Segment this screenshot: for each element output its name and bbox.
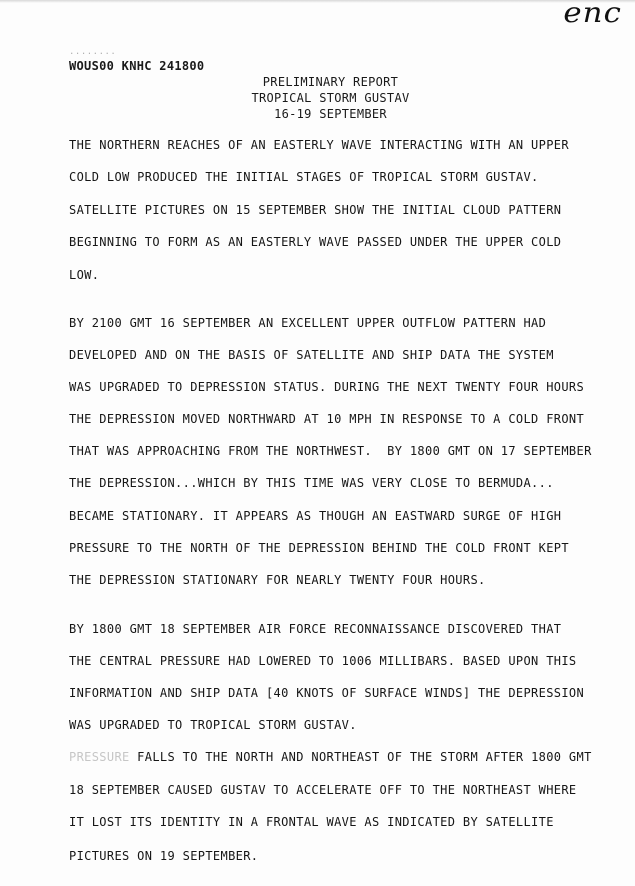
handwritten-initials: enc [563, 0, 622, 29]
text-line: THE DEPRESSION...WHICH BY THIS TIME WAS … [69, 476, 554, 490]
text-line: DEVELOPED AND ON THE BASIS OF SATELLITE … [69, 348, 554, 362]
text-line: THE DEPRESSION MOVED NORTHWARD AT 10 MPH… [69, 412, 584, 426]
text-line: LOW. [69, 268, 99, 282]
text-line: THAT WAS APPROACHING FROM THE NORTHWEST.… [69, 444, 592, 458]
text-line: BY 2100 GMT 16 SEPTEMBER AN EXCELLENT UP… [69, 316, 546, 330]
text-line: PRESSURE FALLS TO THE NORTH AND NORTHEAS… [69, 750, 592, 764]
text-line: BECAME STATIONARY. IT APPEARS AS THOUGH … [69, 509, 561, 523]
storm-name: TROPICAL STORM GUSTAV [0, 90, 635, 106]
text-line: THE DEPRESSION STATIONARY FOR NEARLY TWE… [69, 573, 486, 587]
scan-edge [0, 0, 635, 3]
text-line: BEGINNING TO FORM AS AN EASTERLY WAVE PA… [69, 235, 561, 249]
text-line: THE CENTRAL PRESSURE HAD LOWERED TO 1006… [69, 654, 577, 668]
text-line: WAS UPGRADED TO TROPICAL STORM GUSTAV. [69, 718, 357, 732]
report-dates: 16-19 SEPTEMBER [0, 106, 635, 122]
report-title-block: PRELIMINARY REPORT TROPICAL STORM GUSTAV… [0, 74, 635, 122]
text-line: IT LOST ITS IDENTITY IN A FRONTAL WAVE A… [69, 815, 554, 829]
report-title: PRELIMINARY REPORT [0, 74, 635, 90]
text-line: COLD LOW PRODUCED THE INITIAL STAGES OF … [69, 170, 539, 184]
text-line: 18 SEPTEMBER CAUSED GUSTAV TO ACCELERATE… [69, 783, 577, 797]
text-line: THE NORTHERN REACHES OF AN EASTERLY WAVE… [69, 138, 569, 152]
text-line: BY 1800 GMT 18 SEPTEMBER AIR FORCE RECON… [69, 622, 561, 636]
text-line: WAS UPGRADED TO DEPRESSION STATUS. DURIN… [69, 380, 584, 394]
faded-header-line: ........ [69, 47, 116, 57]
faded-word: PRESSURE [69, 750, 130, 764]
text-line-rest: FALLS TO THE NORTH AND NORTHEAST OF THE … [130, 750, 592, 764]
text-line: SATELLITE PICTURES ON 15 SEPTEMBER SHOW … [69, 203, 561, 217]
text-line: INFORMATION AND SHIP DATA [40 KNOTS OF S… [69, 686, 584, 700]
wmo-header: WOUS00 KNHC 241800 [69, 59, 204, 73]
text-line: PRESSURE TO THE NORTH OF THE DEPRESSION … [69, 541, 569, 555]
text-line: PICTURES ON 19 SEPTEMBER. [69, 849, 258, 863]
scanned-document-page: enc ........ WOUS00 KNHC 241800 PRELIMIN… [0, 0, 635, 886]
